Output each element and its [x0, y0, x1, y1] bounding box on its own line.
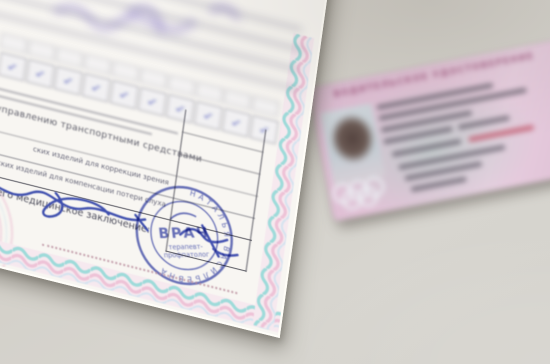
check-cell: ✓: [222, 108, 251, 138]
category-cell: [55, 47, 83, 69]
text-line-bar: [411, 177, 467, 192]
check-cell: ✓: [54, 66, 83, 96]
photo-scene: ВОДИТЕЛЬСКОЕ УДОСТОВЕРЕНИЕ: [0, 0, 550, 364]
category-cell: [167, 75, 195, 97]
checkmark: ✓: [89, 79, 103, 96]
checkmark: ✓: [33, 65, 47, 82]
checkmark: ✓: [61, 72, 75, 89]
category-cell: [139, 68, 167, 90]
checkmark: ✓: [117, 86, 131, 103]
stamp-title: ВРАЧ: [158, 225, 211, 242]
license-number-red: [468, 125, 534, 142]
check-cell: ✓: [194, 101, 223, 131]
check-cell: ✓: [166, 94, 195, 124]
category-cell: [251, 96, 279, 118]
stamp-inner-scribble: [170, 213, 197, 219]
checkmark: ✓: [201, 107, 215, 124]
check-cell: ✓: [0, 52, 27, 82]
checkmark: ✓: [5, 58, 19, 75]
category-cell: [83, 54, 111, 76]
category-cell: [195, 82, 223, 104]
drivers-license-card: ВОДИТЕЛЬСКОЕ УДОСТОВЕРЕНИЕ: [308, 39, 550, 221]
category-cell: [223, 89, 251, 111]
checkmark: ✓: [229, 114, 243, 131]
check-cell: ✓: [138, 87, 167, 117]
text-line-bar: [458, 115, 510, 129]
stamp-subtitle-2: профпатолог: [163, 251, 210, 260]
category-cell: [111, 61, 139, 83]
medical-certificate: ✓ ✓ ✓ ✓ ✓ ✓ ✓ ✓ ✓ ✓ к управлению транспо…: [0, 0, 339, 338]
category-cell: [27, 40, 55, 62]
check-cell: ✓: [82, 73, 111, 103]
check-cell: ✓: [110, 80, 139, 110]
table-cell-line: [179, 154, 260, 175]
check-cell: ✓: [26, 59, 55, 89]
checkmark: ✓: [145, 93, 159, 110]
category-cell: [0, 33, 28, 55]
